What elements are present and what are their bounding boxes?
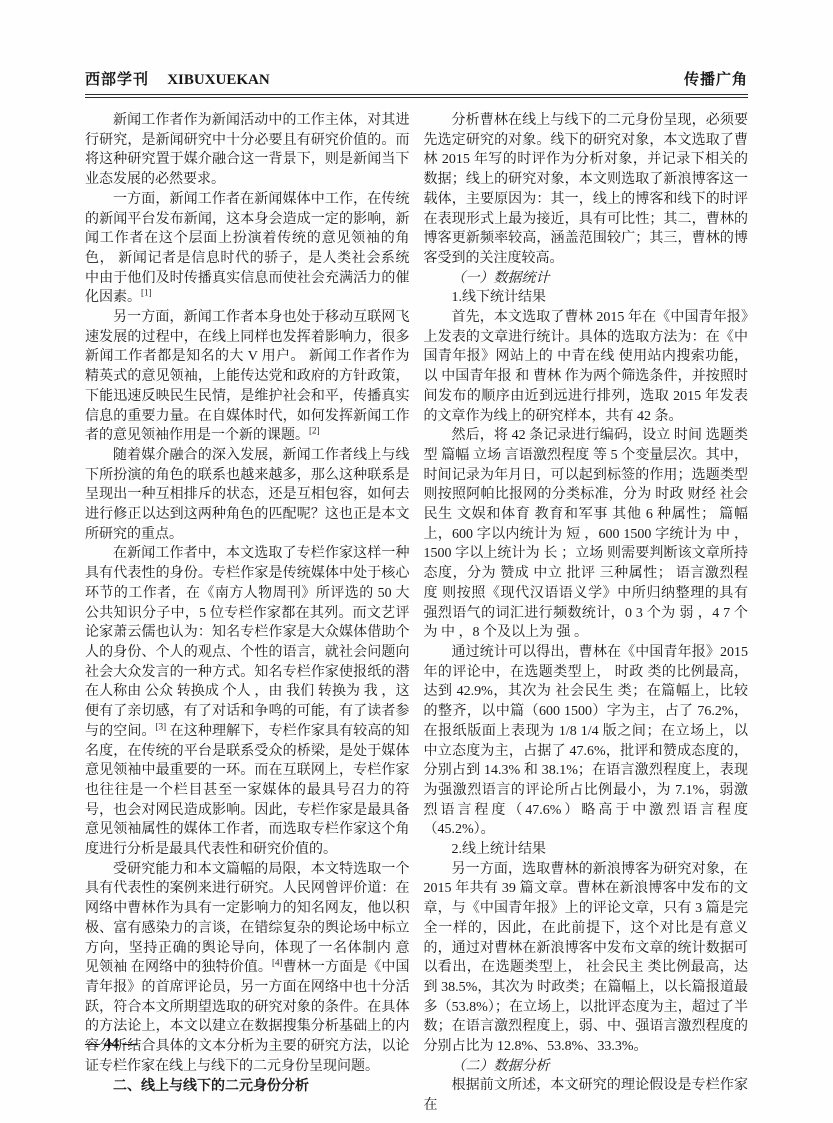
- journal-page: 西部学刊 XIBUXUEKAN 传播广角 新闻工作者作为新闻活动中的工作主体，对…: [0, 0, 833, 1123]
- footnote-ref: [4]: [272, 958, 283, 968]
- paragraph: 通过统计可以得出，曹林在《中国青年报》2015 年的评论中，在选题类型上， 时政…: [424, 643, 749, 840]
- paragraph: 首先，本文选取了曹林 2015 年在《中国青年报》上发表的文章进行统计。具体的选…: [424, 308, 749, 426]
- journal-title-en: XIBUXUEKAN: [167, 72, 270, 88]
- paragraph: 分析曹林在线上与线下的二元身份呈现，必须要先选定研究的对象。线下的研究对象，本文…: [424, 111, 749, 269]
- article-body: 新闻工作者作为新闻活动中的工作主体，对其进行研究，是新闻研究中十分必要且有研究价…: [85, 111, 748, 1116]
- paragraph: 另一方面，选取曹林的新浪博客为研究对象，在 2015 年共有 39 篇文章。曹林…: [424, 860, 749, 1057]
- left-column: 新闻工作者作为新闻活动中的工作主体，对其进行研究，是新闻研究中十分必要且有研究价…: [85, 111, 410, 1116]
- paragraph: 然后，将 42 条记录进行编码，设立 时间 选题类型 篇幅 立场 言语激烈程度 …: [424, 426, 749, 643]
- section-heading: 2.线上统计结果: [424, 840, 749, 860]
- section-heading: （一）数据统计: [424, 269, 749, 289]
- section-heading: 二、线上与线下的二元身份分析: [85, 1076, 410, 1096]
- footnote-ref: [2]: [309, 426, 320, 436]
- footnote-ref: [1]: [141, 288, 152, 298]
- page-content: 西部学刊 XIBUXUEKAN 传播广角 新闻工作者作为新闻活动中的工作主体，对…: [85, 0, 748, 1116]
- section-heading: （二）数据分析: [424, 1057, 749, 1077]
- page-header: 西部学刊 XIBUXUEKAN 传播广角: [85, 0, 748, 89]
- paragraph: 一方面，新闻工作者在新闻媒体中工作，在传统的新闻平台发布新闻，这本身会造成一定的…: [85, 190, 410, 308]
- paragraph: 随着媒介融合的深入发展，新闻工作者线上与线下所扮演的角色的联系也越来越多，那么这…: [85, 446, 410, 545]
- journal-title: 西部学刊 XIBUXUEKAN: [85, 68, 270, 89]
- right-column: 分析曹林在线上与线下的二元身份呈现，必须要先选定研究的对象。线下的研究对象，本文…: [424, 111, 749, 1116]
- section-heading: 1.线下统计结果: [424, 288, 749, 308]
- header-double-rule: [85, 94, 748, 98]
- page-number: — 44 —: [85, 1036, 138, 1052]
- paragraph: 新闻工作者作为新闻活动中的工作主体，对其进行研究，是新闻研究中十分必要且有研究价…: [85, 111, 410, 190]
- journal-title-cn: 西部学刊: [85, 71, 149, 88]
- paragraph: 在新闻工作者中，本文选取了专栏作家这样一种具有代表性的身份。专栏作家是传统媒体中…: [85, 544, 410, 859]
- page-footer: — 44 —: [85, 1036, 138, 1053]
- paragraph: 另一方面，新闻工作者本身也处于移动互联网飞速发展的过程中，在线上同样也发挥着影响…: [85, 308, 410, 446]
- paragraph: 根据前文所述，本文研究的理论假设是专栏作家在: [424, 1076, 749, 1115]
- footnote-ref: [3]: [156, 721, 167, 731]
- section-title: 传播广角: [684, 68, 748, 89]
